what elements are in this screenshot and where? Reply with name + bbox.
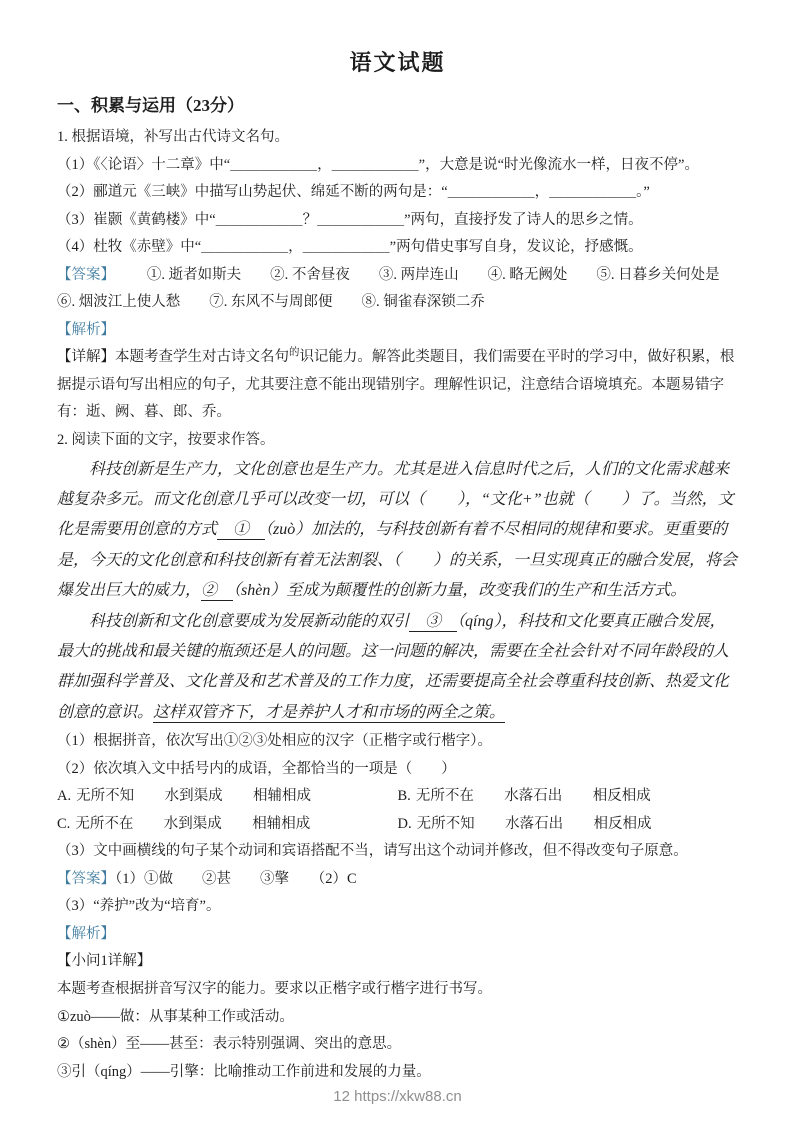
q2-sub3: （3）文中画横线的句子某个动词和宾语搭配不当，请写出这个动词并修改，但不得改变句… — [57, 838, 738, 866]
option-a: A.无所不知水到渠成相辅相成 — [57, 783, 398, 811]
document-page: 语文试题 一、积累与运用（23分） 1. 根据语境，补写出古代诗文名句。 （1）… — [0, 0, 795, 1125]
q2-subdetail-label: 【小问1详解】 — [57, 948, 738, 976]
answer-label: 【答案】 — [57, 871, 115, 887]
q1-answer: 【答案】①. 逝者如斯夫 ②. 不舍昼夜 ③. 两岸连山 ④. 略无阙处 ⑤. … — [57, 262, 738, 317]
page-footer: 12 https://xkw88.cn — [0, 1088, 795, 1105]
q2-sub1: （1）根据拼音，依次写出①②③处相应的汉字（正楷字或行楷字）。 — [57, 728, 738, 756]
q2-passage-paragraph-2: 科技创新和文化创意要成为发展新动能的双引 ③ （qíng），科技和文化要真正融合… — [57, 607, 738, 729]
page-title: 语文试题 — [57, 46, 738, 77]
option-c: C.无所不在水到渠成相辅相成 — [57, 811, 398, 839]
answer-label: 【答案】 — [57, 267, 115, 283]
q2-stem: 2. 阅读下面的文字，按要求作答。 — [57, 427, 738, 455]
option-d: D.无所不知水落石出相反相成 — [398, 811, 739, 839]
q2-answer: 【答案】（1）①做 ②甚 ③擎 （2）C — [57, 866, 738, 894]
q2-passage-paragraph-1: 科技创新是生产力，文化创意也是生产力。尤其是进入信息时代之后，人们的文化需求越来… — [57, 455, 738, 607]
q2-detail-3: ③引（qíng）——引擎：比喻推动工作前进和发展的力量。 — [57, 1059, 738, 1087]
analysis-label: 【解析】 — [57, 926, 115, 942]
q2-analysis-label: 【解析】 — [57, 921, 738, 949]
q2-detail-1: ①zuò——做：从事某种工作或活动。 — [57, 1004, 738, 1032]
q2-options: A.无所不知水到渠成相辅相成 B.无所不在水落石出相反相成 C.无所不在水到渠成… — [57, 783, 738, 838]
q2-detail-2: ②（shèn）至——甚至：表示特别强调、突出的意思。 — [57, 1031, 738, 1059]
q1-item-2: （2）郦道元《三峡》中描写山势起伏、绵延不断的两句是：“＿＿＿＿＿＿，＿＿＿＿＿… — [57, 179, 738, 207]
q2-answer-text: （1）①做 ②甚 ③擎 （2）C — [115, 871, 357, 887]
q1-item-1: （1）《〈论语〉十二章》中“＿＿＿＿＿＿，＿＿＿＿＿＿”，大意是说“时光像流水一… — [57, 152, 738, 180]
q2-detail-intro: 本题考查根据拼音写汉字的能力。要求以正楷字或行楷字进行书写。 — [57, 976, 738, 1004]
q1-stem: 1. 根据语境，补写出古代诗文名句。 — [57, 124, 738, 152]
q1-detail: 【详解】本题考查学生对古诗文名句的识记能力。解答此类题目，我们需要在平时的学习中… — [57, 344, 738, 427]
q1-answer-text: ①. 逝者如斯夫 ②. 不舍昼夜 ③. 两岸连山 ④. 略无阙处 ⑤. 日暮乡关… — [57, 267, 749, 311]
analysis-label: 【解析】 — [57, 322, 115, 338]
q1-item-3: （3）崔颢《黄鹤楼》中“＿＿＿＿＿＿？＿＿＿＿＿＿”两句，直接抒发了诗人的思乡之… — [57, 207, 738, 235]
section-heading: 一、积累与运用（23分） — [57, 91, 738, 116]
q1-analysis-label: 【解析】 — [57, 317, 738, 345]
q2-answer-2: （3）“养护”改为“培育”。 — [57, 893, 738, 921]
q2-sub2: （2）依次填入文中括号内的成语，全都恰当的一项是（ ） — [57, 756, 738, 784]
option-b: B.无所不在水落石出相反相成 — [398, 783, 739, 811]
q1-item-4: （4）杜牧《赤壁》中“＿＿＿＿＿＿，＿＿＿＿＿＿”两句借史事写自身，发议论，抒感… — [57, 234, 738, 262]
